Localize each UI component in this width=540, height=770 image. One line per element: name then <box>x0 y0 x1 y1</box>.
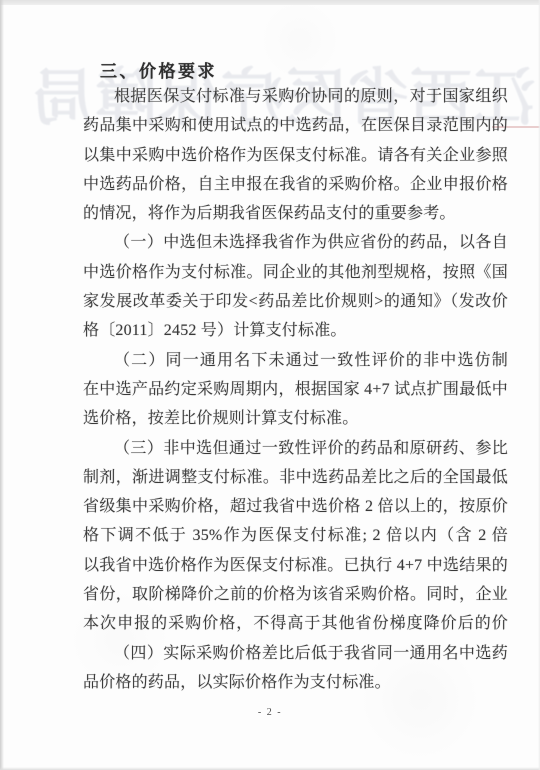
body-line: 的情况，将作为后期我省医保药品支付的重要参考。 <box>83 199 508 228</box>
body-line: 省级集中采购价格，超过我省中选价格 2 倍以上的，按原价 <box>83 492 508 521</box>
body-line: 格〔2011〕2452 号）计算支付标准。 <box>83 316 508 345</box>
body-line: （二）同一通用名下未通过一致性评价的非中选仿制药， <box>83 346 508 375</box>
body-line: 中选药品价格，自主申报在我省的采购价格。企业申报价格 <box>83 170 508 199</box>
body-line: 以集中采购中选价格作为医保支付标准。请各有关企业参照 <box>83 141 508 170</box>
scan-edge-top <box>0 0 540 5</box>
document-body: 根据医保支付标准与采购价协同的原则，对于国家组织药品集中采购和使用试点的中选药品… <box>83 82 508 697</box>
body-line: （一）中选但未选择我省作为供应省份的药品，以各自 <box>83 228 508 257</box>
section-heading: 三、价格要求 <box>100 57 217 82</box>
body-line: 在中选产品约定采购周期内，根据国家 4+7 试点扩围最低中 <box>83 375 508 404</box>
body-line: 品价格的药品，以实际价格作为支付标准。 <box>83 668 508 697</box>
body-line: （四）实际采购价格差比后低于我省同一通用名中选药 <box>83 639 508 668</box>
body-line: 格下调不低于 35%作为医保支付标准; 2 倍以内（含 2 倍的）， <box>83 521 508 550</box>
page-number: - 2 - <box>240 707 300 718</box>
body-line: 制剂，渐进调整支付标准。非中选药品差比之后的全国最低 <box>83 463 508 492</box>
body-line: 药品集中采购和使用试点的中选药品，在医保目录范围内的 <box>83 111 508 140</box>
body-line: 以我省中选价格作为医保支付标准。已执行 4+7 中选结果的 <box>83 551 508 580</box>
scan-edge-left <box>0 0 4 770</box>
body-line: 本次申报的采购价格，不得高于其他省份梯度降价后的价格。 <box>83 609 508 638</box>
body-line: 家发展改革委关于印发<药品差比价规则>的通知》（发改价 <box>83 287 508 316</box>
body-line: 选价格，按差比价规则计算支付标准。 <box>83 404 508 433</box>
body-line: 省份，取阶梯降价之前的价格为该省采购价格。同时，企业 <box>83 580 508 609</box>
body-line: 中选价格作为支付标准。同企业的其他剂型规格，按照《国 <box>83 258 508 287</box>
scanned-page: 江西省医疗保障局 三、价格要求 根据医保支付标准与采购价协同的原则，对于国家组织… <box>0 0 540 770</box>
body-line: 根据医保支付标准与采购价协同的原则，对于国家组织 <box>83 82 508 111</box>
body-line: （三）非中选但通过一致性评价的药品和原研药、参比 <box>83 434 508 463</box>
